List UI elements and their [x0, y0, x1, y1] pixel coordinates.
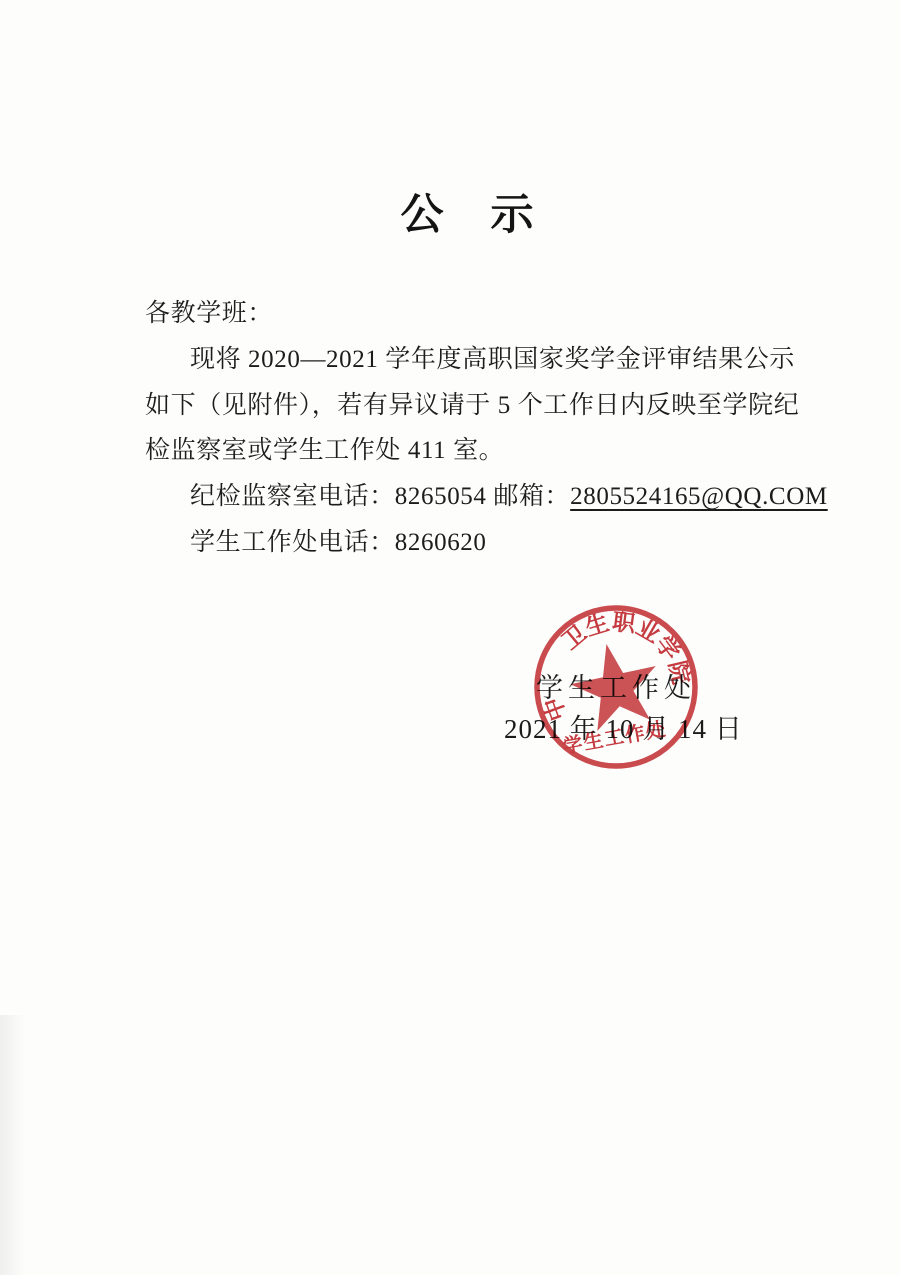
contact-prefix: 纪检监察室电话：8265054 邮箱： — [190, 483, 570, 510]
seal-arc-char: 院 — [664, 658, 694, 686]
seal-bottom-text: 学生工作处 — [561, 717, 668, 758]
contact-line-discipline-office: 纪检监察室电话：8265054 邮箱：2805524165@QQ.COM — [145, 474, 785, 520]
salutation: 各教学班： — [145, 291, 785, 337]
scanned-document-page: 公 示 各教学班： 现将 2020—2021 学年度高职国家奖学金评审结果公示 … — [0, 0, 900, 1275]
page-title: 公 示 — [0, 181, 900, 242]
contact-line-student-affairs: 学生工作处电话：8260620 — [145, 520, 785, 566]
scan-shadow — [0, 1015, 26, 1275]
contact-email: 2805524165@QQ.COM — [570, 483, 828, 510]
body-line: 如下（见附件），若有异议请于 5 个工作日内反映至学院纪 — [145, 383, 785, 429]
body-line: 现将 2020—2021 学年度高职国家奖学金评审结果公示 — [145, 337, 785, 383]
document-body: 各教学班： 现将 2020—2021 学年度高职国家奖学金评审结果公示 如下（见… — [145, 291, 785, 566]
official-seal: 中 卫 生 职 业 学 院 学生工作处 — [526, 597, 706, 777]
body-line: 检监察室或学生工作处 411 室。 — [145, 428, 785, 474]
